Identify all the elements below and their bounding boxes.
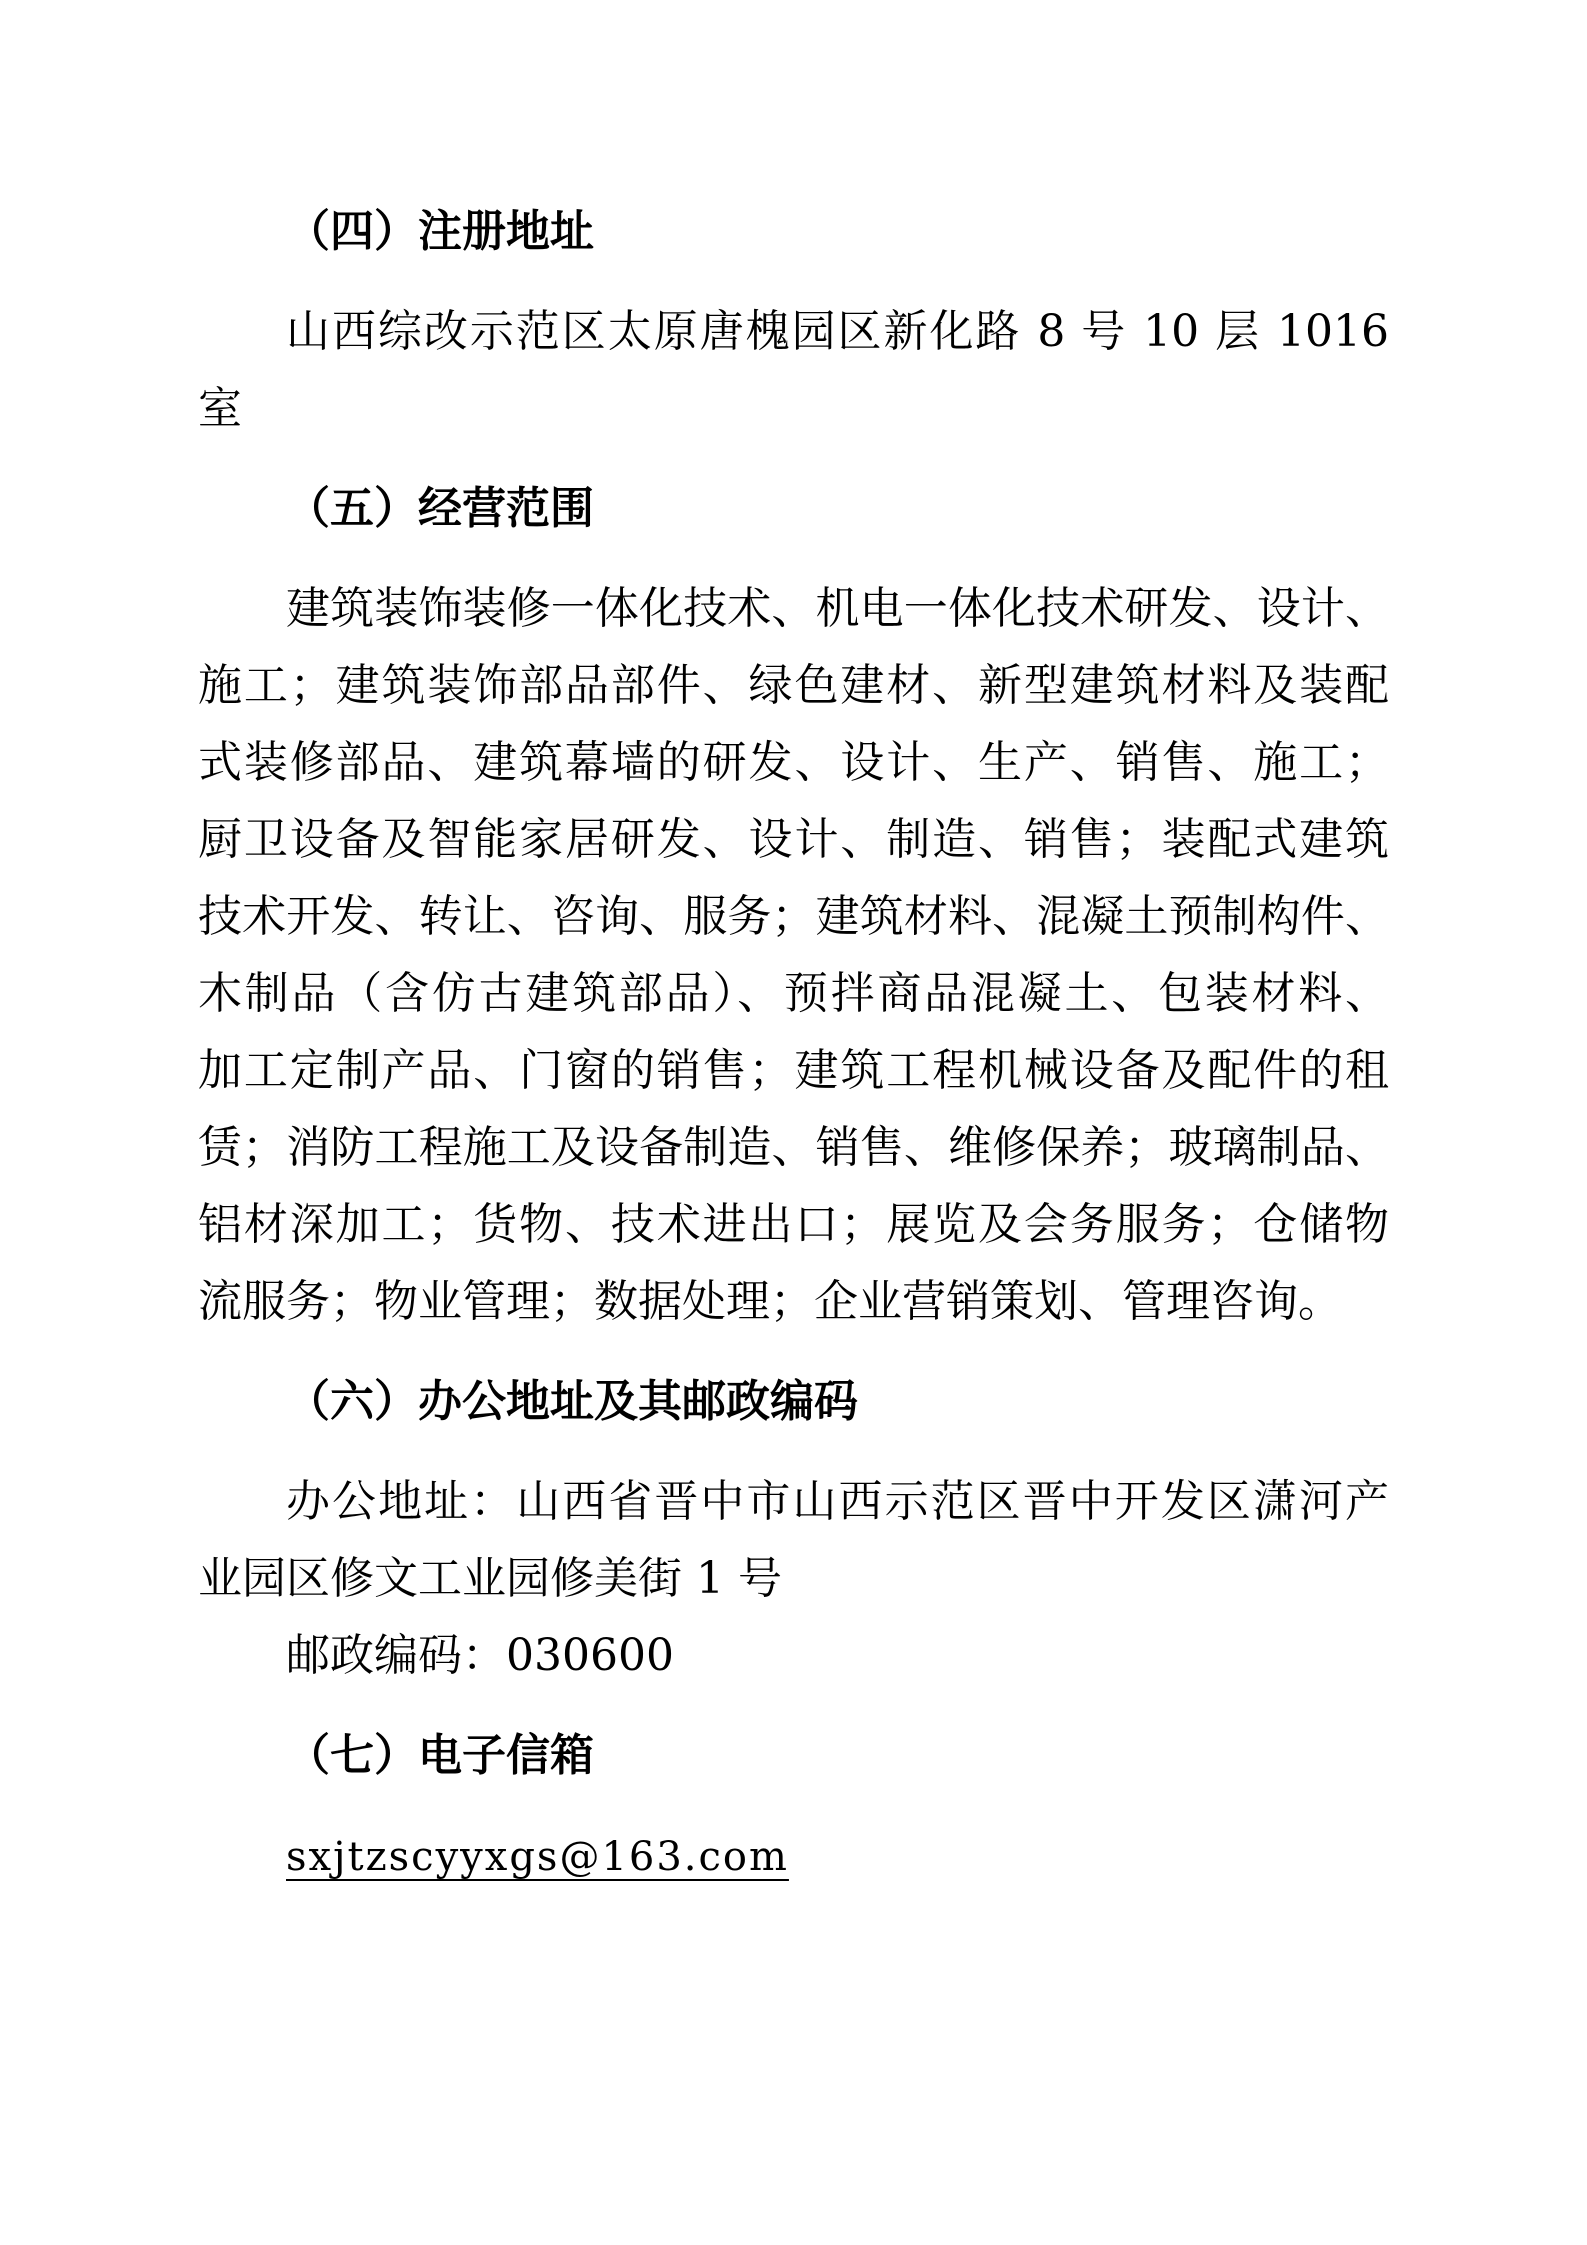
business-scope-line-2: 施工；建筑装饰部品部件、绿色建材、新型建筑材料及装配 bbox=[198, 647, 1389, 724]
email-line: sxjtzscyyxgs@163.com bbox=[198, 1817, 1389, 1896]
office-address-paragraph: 办公地址：山西省晋中市山西示范区晋中开发区潇河产 业园区修文工业园修美街 1 号… bbox=[198, 1463, 1389, 1694]
postal-code-line: 邮政编码：030600 bbox=[198, 1617, 1389, 1694]
business-scope-line-5: 技术开发、转让、咨询、服务；建筑材料、混凝土预制构件、 bbox=[198, 878, 1389, 955]
business-scope-paragraph: 建筑装饰装修一体化技术、机电一体化技术研发、设计、 施工；建筑装饰部品部件、绿色… bbox=[198, 570, 1389, 1340]
section-email: （七）电子信箱 sxjtzscyyxgs@163.com bbox=[198, 1717, 1389, 1896]
registered-address-heading: （四）注册地址 bbox=[198, 193, 1389, 270]
email-address: sxjtzscyyxgs@163.com bbox=[286, 1834, 789, 1880]
business-scope-line-10: 流服务；物业管理；数据处理；企业营销策划、管理咨询。 bbox=[198, 1263, 1389, 1340]
email-heading: （七）电子信箱 bbox=[198, 1717, 1389, 1794]
business-scope-line-9: 铝材深加工；货物、技术进出口；展览及会务服务；仓储物 bbox=[198, 1186, 1389, 1263]
office-address-heading: （六）办公地址及其邮政编码 bbox=[198, 1363, 1389, 1440]
registered-address-line-2: 室 bbox=[198, 370, 1389, 447]
business-scope-line-1: 建筑装饰装修一体化技术、机电一体化技术研发、设计、 bbox=[198, 570, 1389, 647]
document-page: （四）注册地址 山西综改示范区太原唐槐园区新化路 8 号 10 层 1016 室… bbox=[0, 0, 1587, 2245]
business-scope-line-8: 赁；消防工程施工及设备制造、销售、维修保养；玻璃制品、 bbox=[198, 1109, 1389, 1186]
business-scope-line-3: 式装修部品、建筑幕墙的研发、设计、生产、销售、施工； bbox=[198, 724, 1389, 801]
section-business-scope: （五）经营范围 建筑装饰装修一体化技术、机电一体化技术研发、设计、 施工；建筑装… bbox=[198, 470, 1389, 1340]
office-address-line-1: 办公地址：山西省晋中市山西示范区晋中开发区潇河产 bbox=[198, 1463, 1389, 1540]
section-registered-address: （四）注册地址 山西综改示范区太原唐槐园区新化路 8 号 10 层 1016 室 bbox=[198, 193, 1389, 447]
email-paragraph: sxjtzscyyxgs@163.com bbox=[198, 1817, 1389, 1896]
business-scope-line-6: 木制品（含仿古建筑部品）、预拌商品混凝土、包装材料、 bbox=[198, 955, 1389, 1032]
registered-address-paragraph: 山西综改示范区太原唐槐园区新化路 8 号 10 层 1016 室 bbox=[198, 293, 1389, 447]
registered-address-line-1: 山西综改示范区太原唐槐园区新化路 8 号 10 层 1016 bbox=[198, 293, 1389, 370]
business-scope-heading: （五）经营范围 bbox=[198, 470, 1389, 547]
office-address-line-2: 业园区修文工业园修美街 1 号 bbox=[198, 1540, 1389, 1617]
business-scope-line-7: 加工定制产品、门窗的销售；建筑工程机械设备及配件的租 bbox=[198, 1032, 1389, 1109]
section-office-address-postcode: （六）办公地址及其邮政编码 办公地址：山西省晋中市山西示范区晋中开发区潇河产 业… bbox=[198, 1363, 1389, 1694]
business-scope-line-4: 厨卫设备及智能家居研发、设计、制造、销售；装配式建筑 bbox=[198, 801, 1389, 878]
